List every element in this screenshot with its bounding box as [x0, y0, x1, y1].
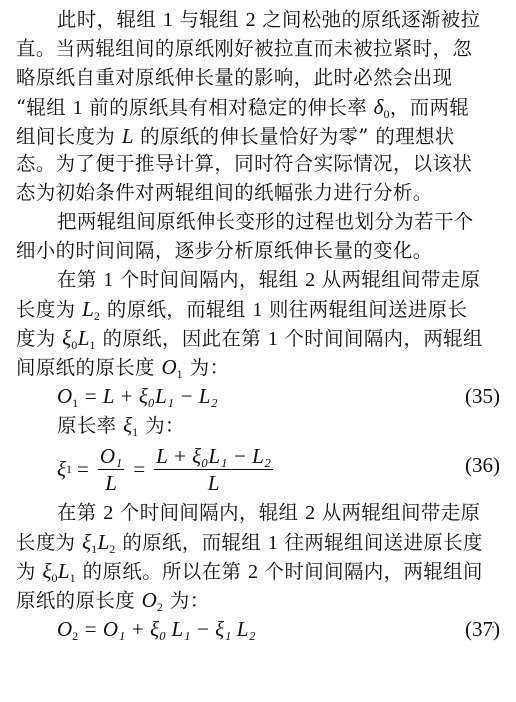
text-line: 略原纸自重对原纸伸长量的影响，此时必然会出现 [16, 64, 500, 93]
scan-speck [492, 626, 494, 628]
text-line: “辊组 1 前的原纸具有相对稳定的伸长率 δ0，而两辊 [16, 93, 500, 122]
paper-page: 此时，辊组 1 与辊组 2 之间松弛的原纸逐渐被拉 直。当两辊组间的原纸刚好被拉… [16, 6, 500, 644]
text-line: 长度为 ξ1L2 的原纸，而辊组 1 往两辊组间送进原长度 [16, 528, 500, 557]
text-line: 在第 2 个时间间隔内，辊组 2 从两辊组间带走原 [16, 499, 500, 528]
equation-36: ξ1 = O₁L = L + ξ₀L₁ − L₂L (36) [16, 439, 500, 499]
equation-number: (35) [465, 382, 500, 411]
fraction: L + ξ₀L₁ − L₂L [154, 444, 273, 495]
text-line: 原长率 ξ1 为： [16, 411, 500, 440]
text-line: 为 ξ0L1 的原纸。所以在第 2 个时间间隔内，两辊组间 [16, 557, 500, 586]
text-line: 原纸的原长度 O2 为： [16, 586, 500, 615]
text-line: 直。当两辊组间的原纸刚好被拉直而未被拉紧时，忽 [16, 35, 500, 64]
fraction: O₁L [98, 444, 124, 495]
text-line: 在第 1 个时间间隔内，辊组 2 从两辊组间带走原 [16, 266, 500, 295]
equation-number: (37) [465, 615, 500, 644]
text-line: 态为初始条件对两辊组间的纸幅张力进行分析。 [16, 179, 500, 208]
text-line: 细小的时间间隔，逐步分析原纸伸长量的变化。 [16, 237, 500, 266]
text-line: 把两辊组间原纸伸长变形的过程也划分为若干个 [16, 208, 500, 237]
text-line: 态。为了便于推导计算，同时符合实际情况，以该状 [16, 150, 500, 179]
text-line: 间原纸的原长度 O1 为： [16, 353, 500, 382]
text-line: 组间长度为 L 的原纸的伸长量恰好为零” 的理想状 [16, 122, 500, 151]
equation-37: O2 = O₁ + ξ₀ L₁ − ξ₁ L₂ (37) [16, 615, 500, 644]
equation-number: (36) [465, 453, 500, 478]
text-line: 度为 ξ0L1 的原纸，因此在第 1 个时间间隔内，两辊组 [16, 324, 500, 353]
equation-body: O1 = L + ξ₀L₁ − L₂ [57, 382, 218, 411]
equation-body: O2 = O₁ + ξ₀ L₁ − ξ₁ L₂ [57, 615, 256, 644]
equation-35: O1 = L + ξ₀L₁ − L₂ (35) [16, 382, 500, 411]
text-line: 此时，辊组 1 与辊组 2 之间松弛的原纸逐渐被拉 [16, 6, 500, 35]
equation-body: ξ1 = O₁L = L + ξ₀L₁ − L₂L [57, 439, 277, 499]
text-line: 长度为 L2 的原纸，而辊组 1 则往两辊组间送进原长 [16, 295, 500, 324]
